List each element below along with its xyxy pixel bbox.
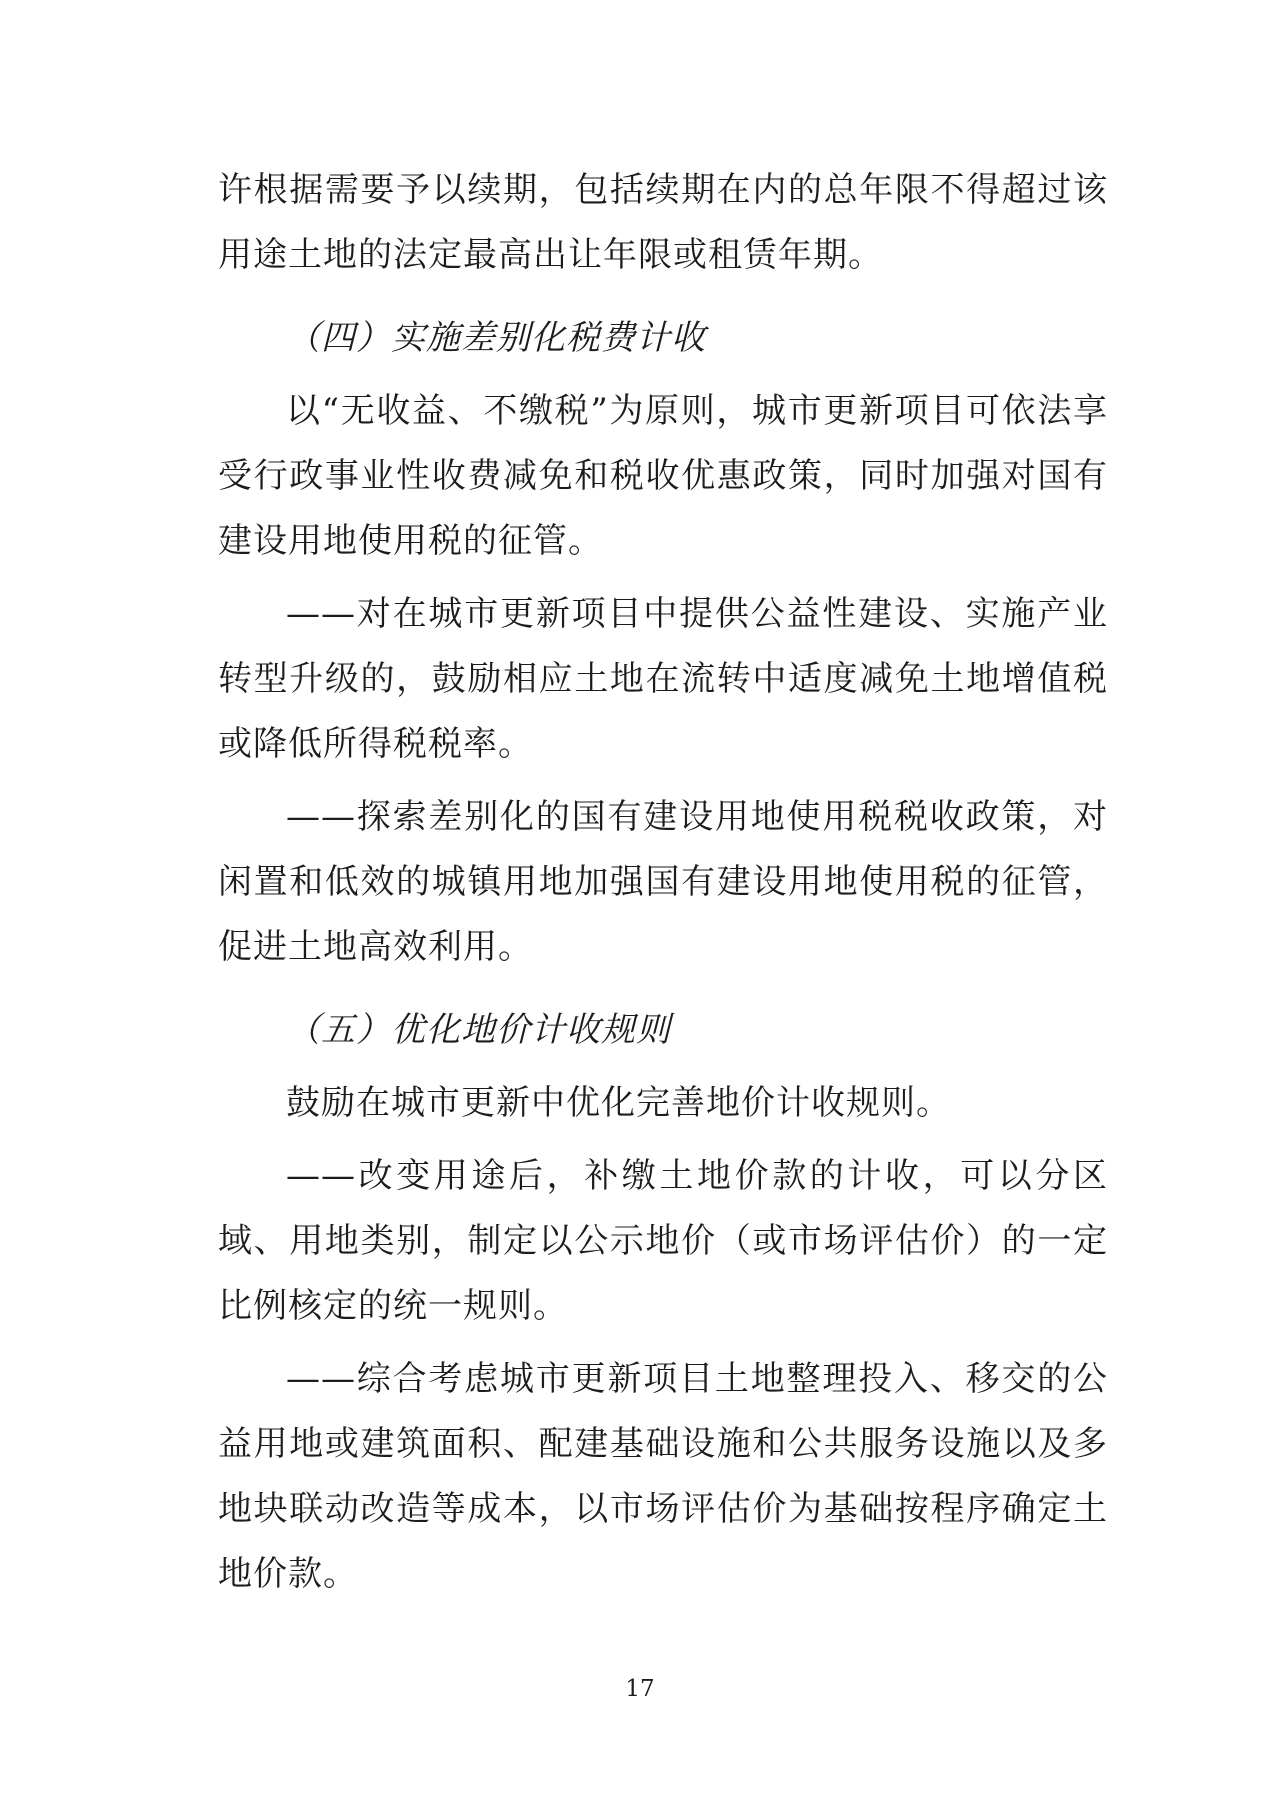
paragraph-dash-land-use-tax-policy: ——探索差别化的国有建设用地使用税税收政策，对闲置和低效的城镇用地加强国有建设用…: [218, 785, 1108, 980]
document-page: 许根据需要予以续期，包括续期在内的总年限不得超过该用途土地的法定最高出让年限或租…: [0, 0, 1280, 1810]
paragraph-dash-comprehensive-cost: ——综合考虑城市更新项目土地整理投入、移交的公益用地或建筑面积、配建基础设施和公…: [218, 1347, 1108, 1607]
section-heading-four: （四）实施差别化税费计收: [218, 306, 1108, 371]
paragraph-dash-usage-change-payment: ——改变用途后，补缴土地价款的计收，可以分区域、用地类别，制定以公示地价（或市场…: [218, 1144, 1108, 1339]
section-heading-five: （五）优化地价计收规则: [218, 998, 1108, 1063]
page-number: 17: [0, 1674, 1280, 1704]
paragraph-lease-renewal: 许根据需要予以续期，包括续期在内的总年限不得超过该用途土地的法定最高出让年限或租…: [218, 158, 1108, 288]
paragraph-dash-public-welfare-tax-relief: ——对在城市更新项目中提供公益性建设、实施产业转型升级的，鼓励相应土地在流转中适…: [218, 582, 1108, 777]
document-content: 许根据需要予以续期，包括续期在内的总年限不得超过该用途土地的法定最高出让年限或租…: [218, 158, 1108, 1607]
paragraph-land-price-rules: 鼓励在城市更新中优化完善地价计收规则。: [218, 1071, 1108, 1136]
paragraph-tax-principle: 以“无收益、不缴税”为原则，城市更新项目可依法享受行政事业性收费减免和税收优惠政…: [218, 379, 1108, 574]
